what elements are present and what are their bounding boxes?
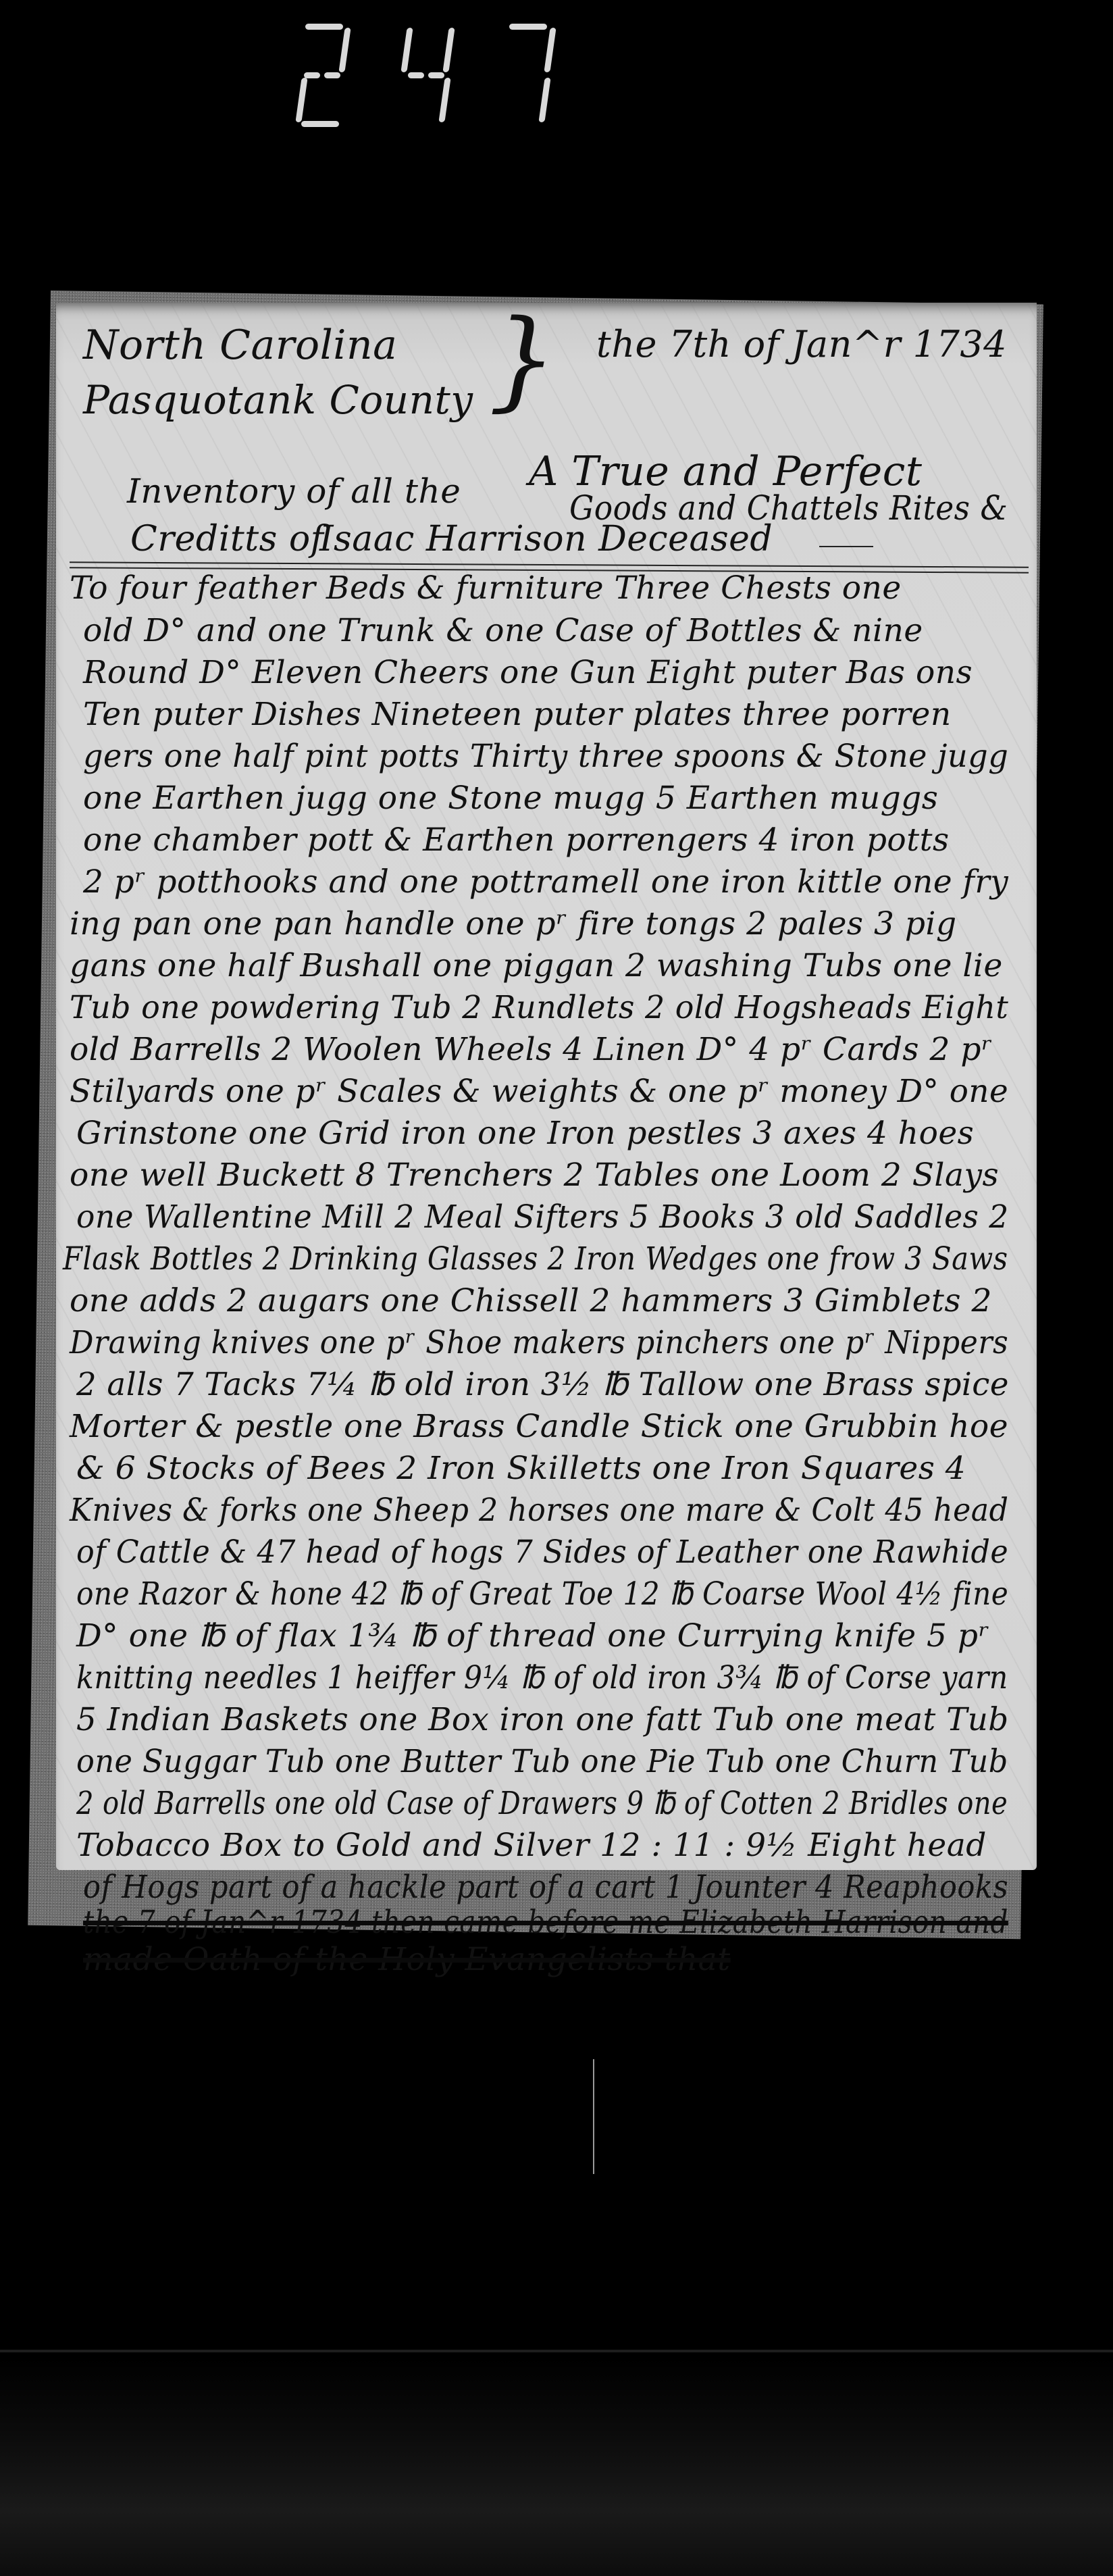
inventory-line: 2 old Barrells one old Case of Drawers 9…	[76, 1785, 1008, 1822]
inventory-line: 5 Indian Baskets one Box iron one fatt T…	[76, 1701, 1009, 1738]
inventory-line: of Hogs part of a hackle part of a cart …	[83, 1869, 1008, 1906]
inventory-line: knitting needles 1 heiffer 9¼ ℔ of old i…	[76, 1659, 1008, 1696]
heading-state: North Carolina	[83, 322, 397, 369]
heading-title-3a: Creditts of	[130, 519, 323, 559]
inventory-line: gans one half Bushall one piggan 2 washi…	[70, 947, 1003, 984]
frame-number	[297, 24, 581, 132]
heading-county: Pasquotank County	[83, 377, 473, 423]
inventory-line: 2 pʳ potthooks and one pottramell one ir…	[83, 863, 1008, 901]
inventory-line: Stilyards one pʳ Scales & weights & one …	[70, 1073, 1008, 1110]
heading-title-3b: Isaac Harrison Deceased	[319, 519, 773, 559]
frame-digit-4	[398, 24, 452, 125]
inventory-line: Round D° Eleven Cheers one Gun Eight put…	[83, 654, 973, 691]
film-band-line	[0, 2350, 1113, 2352]
inventory-line: Tobacco Box to Gold and Silver 12 : 11 :…	[76, 1827, 987, 1864]
frame-digit-2	[297, 24, 351, 125]
heading-title-2a: Inventory of all the	[127, 472, 461, 511]
inventory-line: one well Buckett 8 Trenchers 2 Tables on…	[70, 1157, 999, 1194]
inventory-line: 2 alls 7 Tacks 7¼ ℔ old iron 3½ ℔ Tallow…	[76, 1366, 1009, 1403]
inventory-line: & 6 Stocks of Bees 2 Iron Skilletts one …	[76, 1450, 966, 1487]
struck-line: made Oath of the Holy Evangelists that	[83, 1941, 731, 1978]
inventory-line: one Razor & hone 42 ℔ of Great Toe 12 ℔ …	[76, 1575, 1008, 1613]
heading-underline	[819, 546, 873, 547]
manuscript-page: North Carolina Pasquotank County } the 7…	[56, 303, 1037, 1870]
inventory-line: one Earthen jugg one Stone mugg 5 Earthe…	[83, 780, 938, 817]
rule-top	[70, 561, 1029, 567]
inventory-line: Grinstone one Grid iron one Iron pestles…	[76, 1115, 974, 1152]
inventory-line: old Barrells 2 Woolen Wheels 4 Linen D° …	[70, 1031, 993, 1068]
inventory-line: Ten puter Dishes Nineteen puter plates t…	[83, 696, 952, 733]
inventory-line: gers one half pint potts Thirty three sp…	[83, 738, 1008, 775]
inventory-line: D° one ℔ of flax 1¾ ℔ of thread one Curr…	[76, 1617, 989, 1655]
inventory-line: ing pan one pan handle one pʳ fire tongs…	[70, 905, 957, 942]
frame-digit-7	[500, 24, 554, 125]
inventory-line: To four feather Beds & furniture Three C…	[70, 570, 902, 607]
inventory-line: one Suggar Tub one Butter Tub one Pie Tu…	[76, 1743, 1008, 1780]
inventory-line: Tub one powdering Tub 2 Rundlets 2 old H…	[70, 989, 1008, 1026]
inventory-line: of Cattle & 47 head of hogs 7 Sides of L…	[76, 1534, 1008, 1571]
heading-date: the 7th of Jan^r 1734	[596, 323, 1007, 365]
inventory-line: one adds 2 augars one Chissell 2 hammers…	[70, 1282, 992, 1319]
inventory-line: one Wallentine Mill 2 Meal Sifters 5 Boo…	[76, 1198, 1009, 1236]
heading-brace: }	[488, 296, 557, 422]
inventory-line: Morter & pestle one Brass Candle Stick o…	[70, 1408, 1008, 1445]
film-bottom-band	[0, 2358, 1113, 2576]
struck-line: the 7 of Jan^r 1734 then came before me …	[83, 1904, 1008, 1941]
inventory-line: one chamber pott & Earthen porrengers 4 …	[83, 822, 950, 859]
inventory-line: old D° and one Trunk & one Case of Bottl…	[83, 612, 923, 649]
page-fold	[593, 2059, 594, 2174]
inventory-line: Knives & forks one Sheep 2 horses one ma…	[70, 1492, 1008, 1529]
inventory-line: Drawing knives one pʳ Shoe makers pinche…	[70, 1324, 1008, 1361]
inventory-line: Flask Bottles 2 Drinking Glasses 2 Iron …	[63, 1240, 1008, 1278]
